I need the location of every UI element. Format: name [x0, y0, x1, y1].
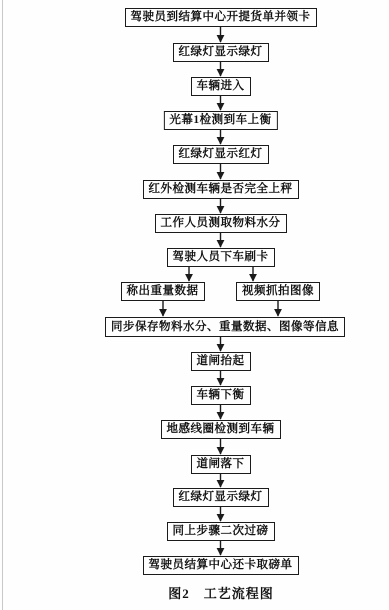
node-save-moisture-weight-image: 同步保存物料水分、重量数据、图像等信息 [105, 317, 345, 337]
node-ground-loop-detect: 地感线圈检测到车辆 [161, 420, 281, 439]
node-light-curtain-detect: 光幕1检测到车上衡 [163, 111, 277, 130]
node-light-shows-green-1: 红绿灯显示绿灯 [173, 43, 269, 62]
node-barrier-up: 道闸抬起 [191, 352, 251, 371]
flowchart-figure: 驾驶员到结算中心开提货单并领卡 红绿灯显示绿灯 车辆进入 光幕1检测到车上衡 红… [0, 0, 389, 610]
node-barrier-down: 道闸落下 [191, 455, 251, 474]
node-second-weighing: 同上步骤二次过磅 [167, 522, 275, 541]
node-weigh-out-data: 称出重量数据 [121, 282, 205, 301]
node-staff-measure-moisture: 工作人员测取物料水分 [155, 214, 287, 233]
node-vehicle-enter: 车辆进入 [191, 77, 251, 96]
figure-caption: 图2 工艺流程图 [168, 583, 274, 602]
node-video-capture-image: 视频抓拍图像 [236, 282, 320, 301]
node-driver-get-delivery-order: 驾驶员到结算中心开提货单并领卡 [125, 8, 317, 27]
node-light-shows-green-2: 红绿灯显示绿灯 [173, 488, 269, 507]
node-driver-return-card: 驾驶员结算中心还卡取磅单 [143, 556, 299, 575]
scan-edge-artifact [2, 0, 3, 610]
node-vehicle-off-scale: 车辆下衡 [191, 386, 251, 405]
node-driver-swipe-card: 驾驶人员下车刷卡 [167, 248, 275, 267]
node-light-shows-red: 红绿灯显示红灯 [173, 145, 269, 164]
node-infrared-check-on-scale: 红外检测车辆是否完全上秤 [143, 180, 299, 199]
